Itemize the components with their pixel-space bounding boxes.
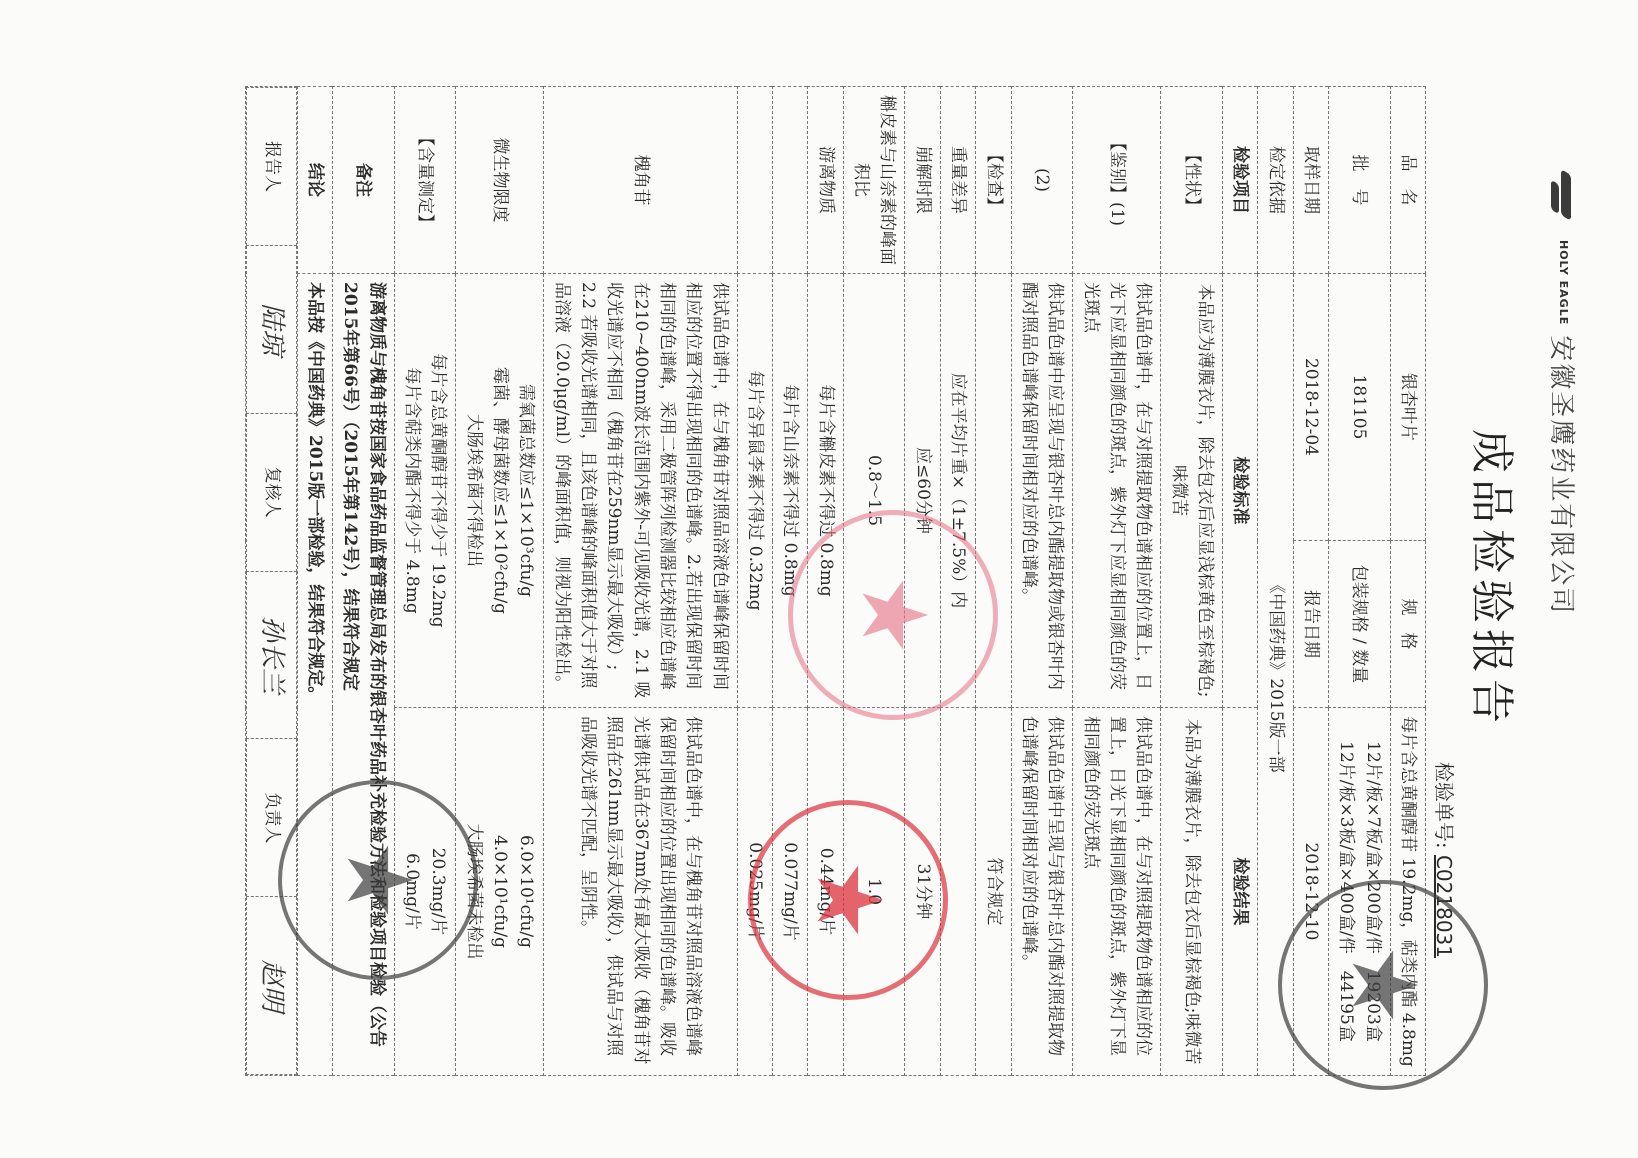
test-result: 0.025mg/片 — [737, 708, 772, 1076]
spec-label: 规 格 — [1390, 541, 1425, 708]
test-row: 游离物质每片含槲皮素不得过 0.8mg0.44mg/片 — [808, 87, 843, 1076]
test-standard — [976, 274, 1011, 708]
package-line-1: 12片/板×7板/盒×200盒/件 19203盒 — [1359, 716, 1385, 1067]
test-result — [940, 708, 975, 1076]
signature-table: 报告人 陆琼 复核人 孙长兰 负责人 赵明 — [246, 87, 296, 1075]
report-date-value: 2018-12-10 — [1293, 708, 1328, 1076]
reviewer-signature: 孙长兰 — [247, 571, 296, 739]
manager-label: 负责人 — [247, 739, 296, 897]
reporter-signature: 陆琼 — [247, 245, 296, 413]
remark-value: 游离物质与槐角苷按国家食品药品监督管理总局发布的银杏叶药品补充检验方法和检验项目… — [332, 274, 394, 1076]
test-standard: 需氧菌总数应≤1×10³cfu/g霉菌、酵母菌数应≤1×10²cfu/g大肠埃希… — [456, 274, 544, 708]
eagle-logo-icon — [1546, 168, 1582, 230]
test-row: 每片含山奈素不得过 0.8mg0.077mg/片 — [773, 87, 808, 1076]
column-header-row: 检验项目 检验标准 检验结果 — [1222, 87, 1257, 1076]
col-standard: 检验标准 — [1222, 274, 1257, 708]
col-result: 检验结果 — [1222, 708, 1257, 1076]
batch-label: 批 号 — [1328, 87, 1390, 274]
test-standard: 供试品色谱中，在与对照提取物色谱相应的位置上，日光下应显相同颜色的斑点，紫外灯下… — [1073, 274, 1161, 708]
test-row: 崩解时限应≤60分钟31分钟 — [905, 87, 940, 1076]
test-item: 【检查】 — [976, 87, 1011, 274]
report-date-label: 报告日期 — [1293, 541, 1328, 708]
test-result: 供试品色谱中呈现与银杏叶总内酯对照提取物色谱峰保留时间相对应的色谱峰。 — [1011, 708, 1073, 1076]
test-standard: 应≤60分钟 — [905, 274, 940, 708]
package-label: 包装规格 / 数量 — [1328, 541, 1390, 708]
test-item — [773, 87, 808, 274]
test-item: (2) — [1011, 87, 1073, 274]
test-standard: 每片含山奈素不得过 0.8mg — [773, 274, 808, 708]
test-row: 重量差异应在平均片重×（1±7.5%）内 — [940, 87, 975, 1076]
test-row: 【检查】符合规定 — [976, 87, 1011, 1076]
test-item: 崩解时限 — [905, 87, 940, 274]
rotated-document: HOLY EAGLE 安徽圣鹰药业有限公司 成品检验报告 检验单号: C0218… — [0, 0, 1638, 1158]
test-standard: 供试品色谱中应呈现与银杏叶总内酯提取物或银杏叶内酯对照品色谱峰保留时间相对应的色… — [1011, 274, 1073, 708]
sample-date-value: 2018-12-04 — [1293, 274, 1328, 541]
sample-date-label: 取样日期 — [1293, 87, 1328, 274]
logo-text: HOLY EAGLE — [1557, 240, 1570, 325]
test-item: 重量差异 — [940, 87, 975, 274]
signature-row: 报告人 陆琼 复核人 孙长兰 负责人 赵明 — [246, 87, 297, 1076]
test-row: 【鉴别】(1)供试品色谱中，在与对照提取物色谱相应的位置上，日光下应显相同颜色的… — [1073, 87, 1161, 1076]
company-name: 安徽圣鹰药业有限公司 — [1545, 335, 1582, 615]
test-item — [737, 87, 772, 274]
test-item: 游离物质 — [808, 87, 843, 274]
batch-value: 181105 — [1328, 274, 1390, 541]
test-item: 槲皮素与山奈素的峰面积比 — [843, 87, 905, 274]
test-row: 槐角苷供试品色谱中，在与槐角苷对照品溶液色谱峰保留时间相应的位置不得出现相同的色… — [544, 87, 737, 1076]
test-result: 0.44mg/片 — [808, 708, 843, 1076]
report-number-label: 检验单号: — [1432, 762, 1456, 849]
info-row: 取样日期 2018-12-04 报告日期 2018-12-10 — [1293, 87, 1328, 1076]
test-standard: 供试品色谱中，在与槐角苷对照品溶液色谱峰保留时间相应的位置不得出现相同的色谱峰。… — [544, 274, 737, 708]
inspection-table: 品 名 银杏叶片 规 格 每片含总黄酮醇苷 19.2mg，萜类内酯 4.8mg … — [245, 86, 1426, 1076]
basis-label: 检定依据 — [1258, 87, 1293, 274]
test-rows: 【性状】本品应为薄膜衣片，除去包衣后应显浅棕黄色至棕褐色;味微苦本品为薄膜衣片，… — [394, 87, 1222, 1076]
info-row: 批 号 181105 包装规格 / 数量 12片/板×7板/盒×200盒/件 1… — [1328, 87, 1390, 1076]
test-result: 本品为薄膜衣片，除去包衣后显棕褐色;味微苦 — [1161, 708, 1223, 1076]
test-row: 【含量测定】每片含总黄酮醇苷不得少于 19.2mg每片含萜类内酯不得少于 4.8… — [394, 87, 456, 1076]
report-title: 成品检验报告 — [1464, 0, 1528, 1158]
test-result: 0.077mg/片 — [773, 708, 808, 1076]
inspection-report-page: HOLY EAGLE 安徽圣鹰药业有限公司 成品检验报告 检验单号: C0218… — [0, 0, 1638, 1158]
test-standard: 每片含异鼠李素不得过 0.32mg — [737, 274, 772, 708]
report-number: 检验单号: C0218031 — [1431, 762, 1460, 958]
test-result: 符合规定 — [976, 708, 1011, 1076]
test-standard: 每片含槲皮素不得过 0.8mg — [808, 274, 843, 708]
test-standard: 本品应为薄膜衣片，除去包衣后应显浅棕黄色至棕褐色;味微苦 — [1161, 274, 1223, 708]
test-item: 【鉴别】(1) — [1073, 87, 1161, 274]
info-row: 检定依据 《中国药典》2015版一部 — [1258, 87, 1293, 1076]
test-result: 6.0×10¹cfu/g4.0×10¹cfu/g大肠埃希菌未检出 — [456, 708, 544, 1076]
test-result: 20.3mg/片6.0mg/片 — [394, 708, 456, 1076]
test-item: 【含量测定】 — [394, 87, 456, 274]
test-standard: 每片含总黄酮醇苷不得少于 19.2mg每片含萜类内酯不得少于 4.8mg — [394, 274, 456, 708]
col-item: 检验项目 — [1222, 87, 1257, 274]
test-standard: 0.8～1.5 — [843, 274, 905, 708]
test-row: 槲皮素与山奈素的峰面积比0.8～1.51.0 — [843, 87, 905, 1076]
reviewer-label: 复核人 — [247, 413, 296, 571]
test-result: 31分钟 — [905, 708, 940, 1076]
package-value: 12片/板×7板/盒×200盒/件 19203盒 12片/板×3板/盒×400盒… — [1328, 708, 1390, 1076]
report-number-value: C0218031 — [1432, 855, 1456, 958]
conclusion-row: 结论 本品按《中国药典》2015版一部检验，结果符合规定。 — [297, 87, 332, 1076]
test-result: 1.0 — [843, 708, 905, 1076]
basis-value: 《中国药典》2015版一部 — [1258, 274, 1293, 1076]
test-row: 微生物限度需氧菌总数应≤1×10³cfu/g霉菌、酵母菌数应≤1×10²cfu/… — [456, 87, 544, 1076]
remark-row: 备注 游离物质与槐角苷按国家食品药品监督管理总局发布的银杏叶药品补充检验方法和检… — [332, 87, 394, 1076]
test-standard: 应在平均片重×（1±7.5%）内 — [940, 274, 975, 708]
product-name-value: 银杏叶片 — [1390, 274, 1425, 541]
test-row: (2)供试品色谱中应呈现与银杏叶总内酯提取物或银杏叶内酯对照品色谱峰保留时间相对… — [1011, 87, 1073, 1076]
company-header: HOLY EAGLE 安徽圣鹰药业有限公司 — [1545, 168, 1582, 615]
test-item: 【性状】 — [1161, 87, 1223, 274]
conclusion-label: 结论 — [297, 87, 332, 274]
test-item: 槐角苷 — [544, 87, 737, 274]
reporter-label: 报告人 — [247, 88, 296, 246]
remark-label: 备注 — [332, 87, 394, 274]
test-row: 每片含异鼠李素不得过 0.32mg0.025mg/片 — [737, 87, 772, 1076]
test-item: 微生物限度 — [456, 87, 544, 274]
test-row: 【性状】本品应为薄膜衣片，除去包衣后应显浅棕黄色至棕褐色;味微苦本品为薄膜衣片，… — [1161, 87, 1223, 1076]
test-result: 供试品色谱中，在与对照提取物色谱相应的位置上，日光下显相同颜色的斑点，紫外灯下显… — [1073, 708, 1161, 1076]
conclusion-value: 本品按《中国药典》2015版一部检验，结果符合规定。 — [297, 274, 332, 1076]
manager-signature: 赵明 — [247, 897, 296, 1075]
product-name-label: 品 名 — [1390, 87, 1425, 274]
test-result: 供试品色谱中，在与槐角苷对照品溶液色谱峰保留时间相应的位置出现相同的色谱峰。吸收… — [544, 708, 737, 1076]
spec-value: 每片含总黄酮醇苷 19.2mg，萜类内酯 4.8mg — [1390, 708, 1425, 1076]
info-row: 品 名 银杏叶片 规 格 每片含总黄酮醇苷 19.2mg，萜类内酯 4.8mg — [1390, 87, 1425, 1076]
package-line-2: 12片/板×3板/盒×400盒/件 44195盒 — [1333, 716, 1359, 1067]
